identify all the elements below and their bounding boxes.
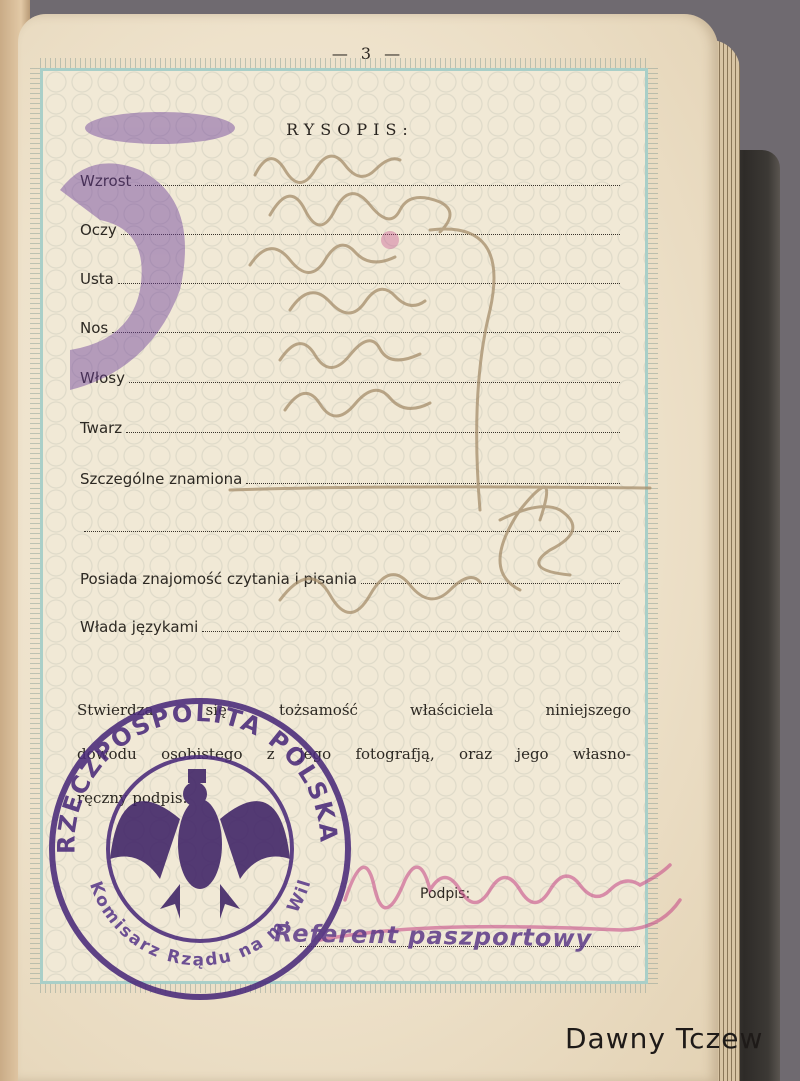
guilloche-border-right — [648, 68, 658, 984]
polish-eagle-icon — [110, 769, 290, 919]
field-label: Włada językami — [80, 618, 198, 636]
fill-line — [246, 482, 620, 484]
field-distinguishing-marks: Szczególne znamiona — [80, 466, 620, 488]
field-label: Posiada znajomość czytania i pisania — [80, 570, 357, 588]
passport-officer-stamp: Referent paszportowy — [274, 919, 593, 953]
field-face: Twarz — [80, 415, 620, 437]
field-label: Usta — [80, 270, 114, 288]
fill-line — [118, 282, 620, 284]
fill-line — [84, 530, 620, 532]
fill-line — [202, 630, 620, 632]
guilloche-border-top — [40, 58, 648, 68]
fill-line — [361, 582, 620, 584]
watermark: Dawny Tczew — [565, 1022, 763, 1055]
field-languages: Włada językami — [80, 614, 620, 636]
signature-label: Podpis: — [420, 886, 470, 902]
fill-line — [121, 233, 620, 235]
fill-line — [129, 381, 620, 383]
field-hair: Włosy — [80, 365, 620, 387]
official-seal-stamp: RZECZPOSPOLITA POLSKA Komisarz Rządu na … — [30, 684, 360, 1004]
field-label: Włosy — [80, 369, 125, 387]
field-label: Oczy — [80, 221, 117, 239]
field-eyes: Oczy — [80, 217, 620, 239]
section-title: RYSOPIS: — [0, 120, 700, 139]
field-label: Nos — [80, 319, 108, 337]
fill-line — [135, 184, 620, 186]
field-literacy: Posiada znajomość czytania i pisania — [80, 566, 620, 588]
field-mouth: Usta — [80, 266, 620, 288]
field-label: Wzrost — [80, 172, 131, 190]
field-nose: Nos — [80, 315, 620, 337]
fill-line — [126, 431, 620, 433]
field-label: Szczególne znamiona — [80, 470, 242, 488]
field-height: Wzrost — [80, 168, 620, 190]
field-distinguishing-marks-continued — [80, 514, 620, 536]
fill-line — [112, 331, 620, 333]
field-label: Twarz — [80, 419, 122, 437]
